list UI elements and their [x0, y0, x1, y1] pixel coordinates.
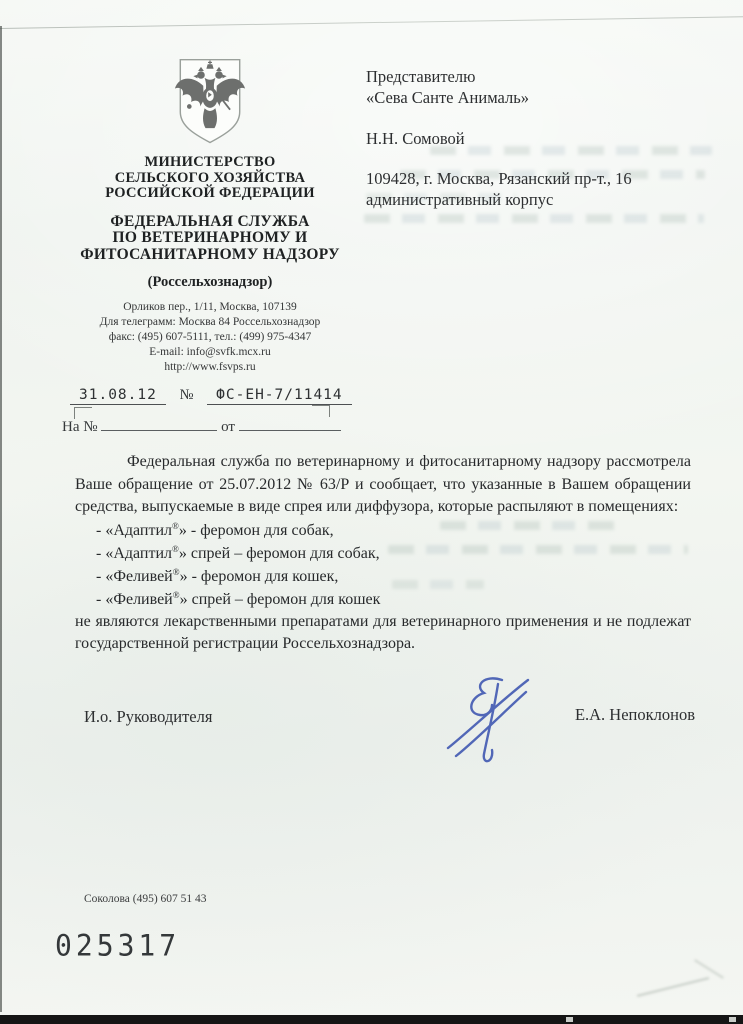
org-email-line: E-mail: info@svfk.mcx.ru: [62, 345, 358, 360]
product-list-item: - «Адаптил®» спрей – феромон для собак,: [96, 542, 691, 565]
org-telegram-line: Для телеграмм: Москва 84 Россельхознадзо…: [62, 315, 358, 330]
ministry-line: РОССИЙСКОЙ ФЕДЕРАЦИИ: [62, 186, 358, 202]
recipient-role: Представителю: [366, 66, 711, 87]
ministry-line: СЕЛЬСКОГО ХОЗЯЙСТВА: [62, 171, 358, 187]
bleedthrough-smudge: [364, 214, 704, 223]
letter-body: Федеральная служба по ветеринарному и фи…: [75, 451, 691, 656]
closing-paragraph: не являются лекарственными препаратами д…: [75, 611, 691, 656]
spacer: [366, 149, 711, 168]
letter-date: 31.08.12: [70, 387, 166, 405]
signer-position: И.о. Руководителя: [84, 707, 212, 727]
org-website-line: http://www.fsvps.ru: [62, 360, 358, 375]
product-list-item: - «Феливей®» - феромон для кошек,: [96, 565, 691, 588]
registered-trademark-icon: ®: [173, 567, 180, 577]
service-line: ФЕДЕРАЛЬНАЯ СЛУЖБА: [62, 214, 358, 231]
reply-label-from: от: [221, 419, 235, 435]
reply-label-start: На №: [62, 419, 98, 435]
scan-edge-notch: [566, 1017, 573, 1022]
product-list-item: - «Феливей®» спрей – феромон для кошек: [96, 588, 691, 611]
recipient-name: Н.Н. Сомовой: [366, 128, 711, 149]
service-line: ФИТОСАНИТАРНОМУ НАДЗОРУ: [62, 247, 358, 264]
service-line: ПО ВЕТЕРИНАРНОМУ И: [62, 230, 358, 247]
org-contact-block: Орликов пер., 1/11, Москва, 107139 Для т…: [62, 300, 358, 375]
handwritten-signature-icon: [442, 668, 542, 768]
executor-contact: Соколова (495) 607 51 43: [84, 893, 207, 905]
letter-number: ФС-ЕН-7/11414: [207, 387, 352, 405]
scan-crease-line: [0, 16, 743, 29]
intro-paragraph: Федеральная служба по ветеринарному и фи…: [75, 451, 691, 519]
scan-bottom-edge: [0, 1015, 743, 1024]
registered-trademark-icon: ®: [172, 521, 179, 531]
scan-edge-notch: [729, 1017, 736, 1022]
address-zone-corner-mark-right: [312, 405, 330, 417]
scan-crease-bottom-right: [694, 959, 724, 979]
scan-crease-bottom-right: [637, 977, 709, 997]
recipient-address-line1: 109428, г. Москва, Рязанский пр-т., 16: [366, 168, 711, 189]
recipient-block: Представителю «Сева Санте Анималь» Н.Н. …: [366, 66, 711, 210]
ministry-line: МИНИСТЕРСТВО: [62, 155, 358, 171]
reply-number-blank: [101, 417, 217, 431]
russian-coat-of-arms-icon: [165, 55, 255, 149]
product-list-item: - «Адаптил®» - феромон для собак,: [96, 519, 691, 542]
recipient-address-line2: административный корпус: [366, 189, 711, 210]
signer-name: Е.А. Непоклонов: [575, 705, 695, 725]
registered-trademark-icon: ®: [173, 590, 180, 600]
product-list: - «Адаптил®» - феромон для собак, - «Ада…: [75, 519, 691, 611]
recipient-organization: «Сева Санте Анималь»: [366, 87, 711, 108]
reply-date-blank: [239, 417, 341, 431]
letterhead: МИНИСТЕРСТВО СЕЛЬСКОГО ХОЗЯЙСТВА РОССИЙС…: [62, 55, 358, 436]
ministry-name: МИНИСТЕРСТВО СЕЛЬСКОГО ХОЗЯЙСТВА РОССИЙС…: [62, 155, 358, 202]
service-name: ФЕДЕРАЛЬНАЯ СЛУЖБА ПО ВЕТЕРИНАРНОМУ И ФИ…: [62, 214, 358, 264]
registered-trademark-icon: ®: [172, 544, 179, 554]
scan-left-edge: [0, 26, 2, 1012]
number-sign: №: [176, 387, 198, 403]
org-phone-fax-line: факс: (495) 607-5111, тел.: (499) 975-43…: [62, 330, 358, 345]
service-short-name: (Россельхознадзор): [62, 274, 358, 291]
address-zone-corner-mark-left: [74, 407, 92, 419]
page-stamp-number: 025317: [55, 928, 180, 963]
outgoing-reference-line: 31.08.12 № ФС-ЕН-7/11414: [62, 387, 358, 404]
scanned-letter-page: МИНИСТЕРСТВО СЕЛЬСКОГО ХОЗЯЙСТВА РОССИЙС…: [0, 0, 743, 1024]
org-address-line: Орликов пер., 1/11, Москва, 107139: [62, 300, 358, 315]
spacer: [366, 108, 711, 128]
reply-reference-line: На № от: [62, 417, 358, 436]
